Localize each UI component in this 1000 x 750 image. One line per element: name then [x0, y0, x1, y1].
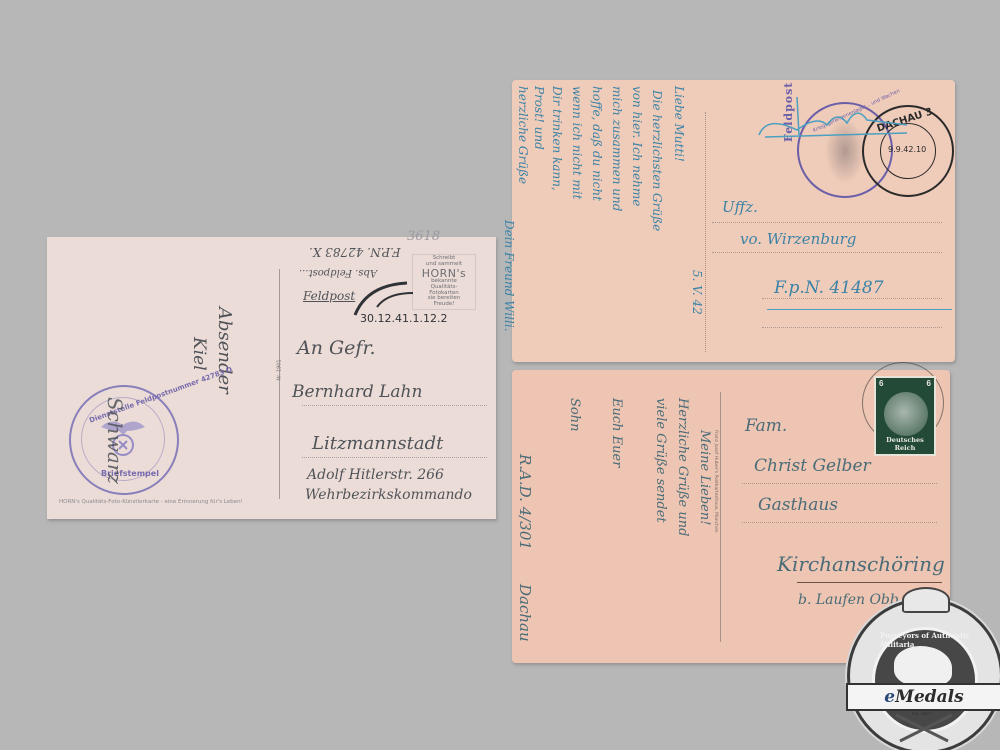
ink-signature-scribble: [757, 95, 917, 150]
address-line-1: Fam.: [745, 416, 787, 436]
horn-advert-box: Schreibt und sammelt HORN's bekannte Qua…: [412, 254, 476, 310]
signature: Schwarz: [103, 397, 127, 484]
postmark-date: 30.12.41.1.12.2: [360, 312, 447, 325]
address-line-2: vo. Wirzenburg: [740, 230, 856, 248]
message-line-1: Absender: [214, 307, 235, 394]
address-line-4: Adolf Hitlerstr. 266: [307, 467, 444, 483]
address-line-4: Kirchanschöring: [777, 552, 945, 576]
address-line-3: F.p.N. 41487: [774, 278, 884, 298]
postcard-top-right: Liebe Mutti! Die herzlichsten Grüße von …: [512, 80, 955, 362]
sender-place: Dachau: [516, 584, 534, 642]
portrait-icon: [884, 392, 928, 436]
return-address: F.P.N. 42783 X.: [309, 245, 400, 259]
crown-icon: [902, 587, 950, 613]
address-line-3: Gasthaus: [758, 495, 838, 515]
footer-print: HORN's Qualitäts-Foto-Künstlerkarte - ei…: [59, 499, 243, 505]
crossed-swords-icon: [892, 713, 956, 743]
address-line-1: An Gefr.: [297, 337, 376, 359]
postage-stamp: 6 6 Deutsches Reich: [874, 376, 936, 456]
logo-ribbon: eMedals: [846, 683, 1000, 711]
postcard-left: Nr. 1901 3618 F.P.N. 42783 X. Abs. Feldp…: [47, 237, 496, 519]
logo-ring-text: Purveyors of Authentic Militaria: [880, 631, 1000, 649]
pencil-number: 3618: [407, 229, 440, 244]
publisher-print: Franz Josef Huber's Postkartenhaus, Münc…: [713, 430, 718, 533]
sender-unit: R.A.D. 4/301: [516, 454, 534, 550]
message-date: 5. V. 42: [690, 270, 704, 315]
center-divider: [279, 269, 280, 499]
address-line-5: b. Laufen Obb.: [798, 592, 903, 608]
logo-brand: eMedals: [884, 687, 963, 707]
address-line-1: Uffz.: [722, 198, 758, 216]
sender-line: Abs. Feldpost...: [299, 267, 377, 278]
center-divider: [720, 392, 721, 642]
address-line-2: Christ Gelber: [754, 456, 871, 476]
message-line-2: Kiel: [189, 337, 209, 371]
card-number: Nr. 1901: [277, 359, 283, 380]
address-line-5: Wehrbezirkskommando: [305, 487, 472, 503]
lion-icon: [894, 646, 952, 686]
emedals-watermark-logo: Purveyors of Authentic Militaria eMedals…: [847, 598, 1000, 750]
address-line-3: Litzmannstadt: [312, 433, 443, 454]
address-line-2: Bernhard Lahn: [292, 382, 422, 402]
center-divider: [705, 112, 706, 352]
